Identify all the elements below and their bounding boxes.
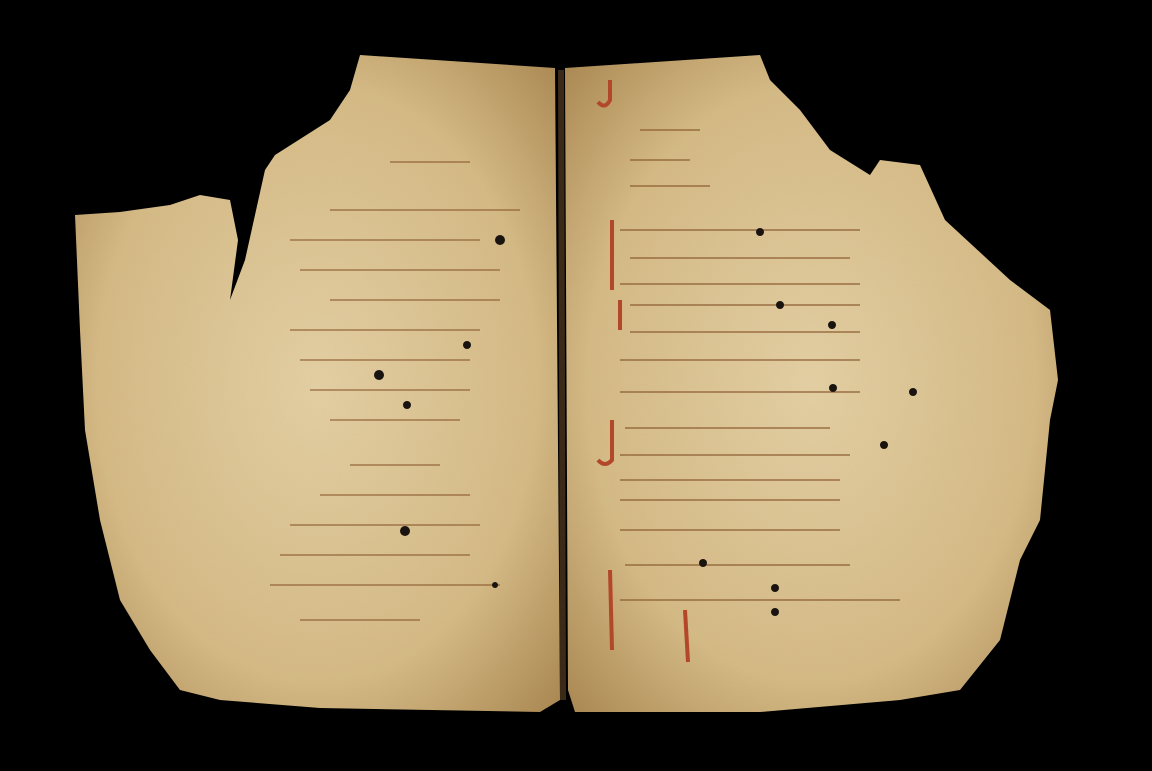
parchment-illustration [0,0,1152,771]
manuscript-photo [0,0,1152,771]
left-leaf [75,55,560,712]
right-leaf [565,55,1058,712]
